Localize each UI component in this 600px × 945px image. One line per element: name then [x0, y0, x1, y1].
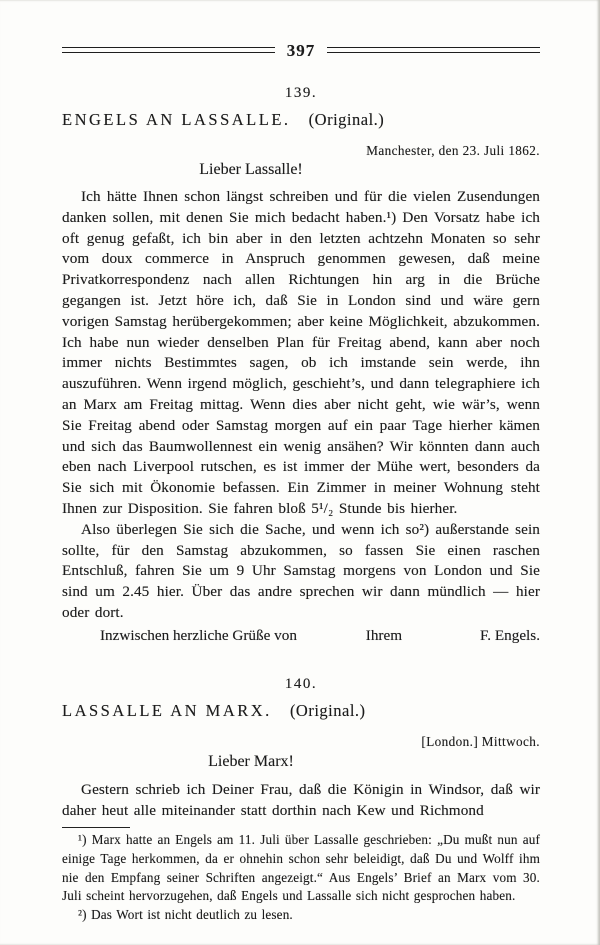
letter-139-paragraph-1: Ich hätte Ihnen schon längst schreiben u… [62, 187, 540, 520]
letter-heading-140: LASSALLE AN MARX. [62, 701, 272, 720]
letter-heading-row-139: ENGELS AN LASSALLE. (Original.) [62, 109, 540, 131]
footnote-2: ²) Das Wort ist nicht deutlich zu lesen. [62, 906, 540, 925]
letter-139-closing: Inzwischen herzliche Grüße von Ihrem F. … [62, 625, 540, 646]
page-number: 397 [275, 42, 328, 59]
closing-signature: F. Engels. [480, 625, 540, 646]
letter-heading-139: ENGELS AN LASSALLE. [62, 110, 291, 129]
footnote-1: ¹) Marx hatte an Engels am 11. Juli über… [62, 831, 540, 905]
letter-salutation-139: Lieber Lassalle! [12, 160, 490, 180]
letter-heading-row-140: LASSALLE AN MARX. (Original.) [62, 700, 540, 722]
letter-salutation-140: Lieber Marx! [12, 752, 490, 772]
letter-number-140: 140. [62, 676, 540, 693]
letter-heading-annotation-139: (Original.) [309, 110, 385, 129]
running-head: 397 [62, 42, 540, 58]
book-page: 397 139. ENGELS AN LASSALLE. (Original.)… [0, 0, 600, 945]
letter-number-139: 139. [62, 85, 540, 102]
letter-140-paragraph-1: Gestern schrieb ich Deiner Frau, daß die… [62, 780, 540, 822]
closing-greeting: Inzwischen herzliche Grüße von [100, 625, 297, 646]
letter-heading-annotation-140: (Original.) [290, 701, 366, 720]
closing-ihrem: Ihrem [366, 625, 402, 646]
letter-dateline-139: Manchester, den 23. Juli 1862. [62, 143, 540, 159]
header-rule-left [62, 47, 275, 53]
header-rule-right [327, 47, 540, 53]
footnote-separator [62, 827, 130, 828]
letter-139-paragraph-2: Also überlegen Sie sich die Sache, und w… [62, 520, 540, 624]
letter-dateline-140: [London.] Mittwoch. [62, 734, 540, 750]
